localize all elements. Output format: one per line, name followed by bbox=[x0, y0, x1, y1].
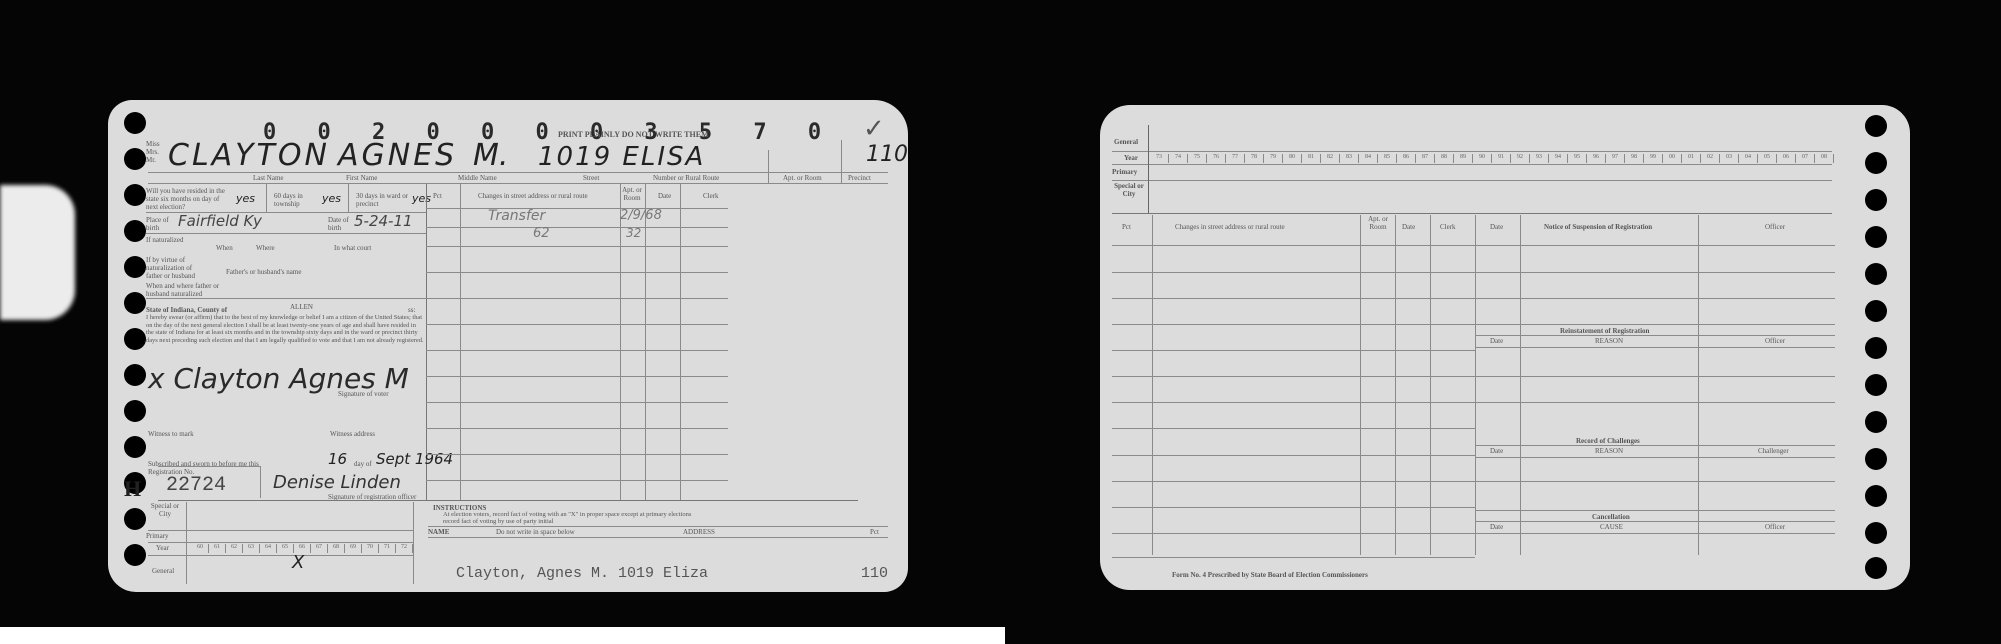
table-rule bbox=[1112, 455, 1475, 456]
year-cell: 99 bbox=[1644, 154, 1663, 163]
signature-label: Signature of voter bbox=[338, 390, 389, 398]
punch-hole bbox=[1865, 226, 1887, 248]
divider bbox=[158, 466, 260, 467]
oath-text: I hereby swear (or affirm) that to the b… bbox=[146, 314, 424, 344]
registration-letter: H bbox=[124, 476, 141, 502]
oath-ss: ss: bbox=[408, 306, 415, 314]
table-rule bbox=[1475, 402, 1835, 403]
precinct-label: Precinct bbox=[848, 174, 871, 182]
year-cell: 92 bbox=[1511, 154, 1530, 163]
divider bbox=[148, 555, 413, 556]
rural-route-label: Number or Rural Route bbox=[653, 174, 719, 182]
challenges-reason-label: REASON bbox=[1595, 447, 1623, 455]
table-rule bbox=[1475, 335, 1835, 336]
year-cell: 83 bbox=[1340, 154, 1359, 163]
year-cell: 95 bbox=[1568, 154, 1587, 163]
back-vote-row-year: Year bbox=[1124, 154, 1138, 162]
first-name-value: AGNES bbox=[338, 138, 457, 173]
table-rule bbox=[426, 454, 728, 455]
table-rule bbox=[426, 376, 728, 377]
punch-hole bbox=[124, 508, 146, 530]
instructions-address-label: ADDRESS bbox=[683, 528, 715, 536]
reinstatement-officer-label: Officer bbox=[1765, 337, 1785, 345]
year-cell: 03 bbox=[1720, 154, 1739, 163]
punch-hole bbox=[124, 436, 146, 458]
divider bbox=[1360, 215, 1361, 555]
changes-header-date: Date bbox=[658, 192, 671, 200]
year-cell: 68 bbox=[328, 544, 345, 553]
salutation-miss: Miss bbox=[146, 140, 160, 148]
year-cell: 78 bbox=[1245, 154, 1264, 163]
divider bbox=[1395, 215, 1396, 555]
table-rule bbox=[426, 208, 728, 209]
table-rule bbox=[1112, 376, 1475, 377]
year-cell: 85 bbox=[1378, 154, 1397, 163]
punch-hole bbox=[1865, 337, 1887, 359]
vote-row-special: Special or City bbox=[148, 502, 182, 518]
vote-row-primary: Primary bbox=[146, 532, 169, 540]
divider bbox=[1112, 213, 1832, 214]
street-address-value: 1019 ELISA bbox=[538, 142, 705, 172]
middle-name-label: Middle Name bbox=[458, 174, 497, 182]
punch-hole bbox=[124, 292, 146, 314]
changes-header-clerk: Clerk bbox=[703, 192, 719, 200]
subscribed-day: 16 bbox=[328, 450, 347, 468]
table-rule bbox=[158, 500, 858, 501]
divider bbox=[148, 542, 413, 543]
last-name-label: Last Name bbox=[253, 174, 284, 182]
table-rule bbox=[426, 272, 728, 273]
typed-precinct: 110 bbox=[861, 565, 888, 582]
year-cell: 61 bbox=[209, 544, 226, 553]
year-cell: 67 bbox=[311, 544, 328, 553]
table-rule bbox=[426, 298, 728, 299]
registration-number: 22724 bbox=[166, 474, 226, 497]
divider bbox=[1430, 215, 1431, 555]
table-rule bbox=[1475, 510, 1835, 511]
place-of-birth-value: Fairfield Ky bbox=[178, 212, 262, 230]
residency-q1-answer: yes bbox=[236, 192, 255, 205]
year-cell: 90 bbox=[1473, 154, 1492, 163]
fathers-name-label: Father's or husband's name bbox=[226, 268, 301, 276]
table-rule bbox=[426, 246, 728, 247]
reinstatement-reason-label: REASON bbox=[1595, 337, 1623, 345]
divider bbox=[768, 150, 769, 184]
table-rule bbox=[1475, 324, 1835, 325]
last-name-value: CLAYTON bbox=[168, 138, 330, 173]
when-where-father-label: When and where father or husband natural… bbox=[146, 282, 226, 298]
year-cell: 02 bbox=[1701, 154, 1720, 163]
punch-hole bbox=[124, 112, 146, 134]
table-rule bbox=[426, 402, 728, 403]
instructions-pct-label: Pct bbox=[870, 528, 879, 536]
year-cell: 97 bbox=[1606, 154, 1625, 163]
year-cell: 81 bbox=[1302, 154, 1321, 163]
year-cell: 01 bbox=[1682, 154, 1701, 163]
back-vote-year-cells: 73 74 75 76 77 78 79 80 81 82 83 84 85 8… bbox=[1150, 154, 1834, 163]
checkmark: ✓ bbox=[863, 114, 885, 144]
general-vote-mark: X bbox=[292, 552, 304, 573]
table-rule bbox=[1112, 507, 1475, 508]
vote-row-general: General bbox=[152, 567, 174, 575]
form-footer: Form No. 4 Prescribed by State Board of … bbox=[1172, 571, 1368, 579]
residency-q1-label: Will you have resided in the state six m… bbox=[146, 187, 226, 211]
middle-name-value: M. bbox=[473, 138, 508, 173]
back-vote-row-primary: Primary bbox=[1112, 168, 1137, 176]
in-what-court-label: In what court bbox=[334, 244, 371, 252]
year-cell: 82 bbox=[1321, 154, 1340, 163]
table-rule bbox=[1112, 324, 1475, 325]
year-cell: 84 bbox=[1359, 154, 1378, 163]
table-rule bbox=[1112, 402, 1475, 403]
changes-row2-apt: 32 bbox=[626, 226, 641, 240]
officer-signature: Denise Linden bbox=[273, 472, 401, 493]
table-rule bbox=[1475, 445, 1835, 446]
suspension-officer-label: Officer bbox=[1765, 223, 1785, 231]
divider bbox=[1112, 164, 1832, 165]
apt-room-label: Apt. or Room bbox=[783, 174, 822, 182]
where-label: Where bbox=[256, 244, 275, 252]
punch-hole bbox=[1865, 152, 1887, 174]
back-changes-header-pct: Pct bbox=[1122, 223, 1131, 231]
changes-row1-address: Transfer bbox=[488, 208, 545, 224]
year-cell: 72 bbox=[396, 544, 413, 553]
table-rule bbox=[1112, 557, 1475, 558]
back-vote-row-special: Special or City bbox=[1112, 182, 1146, 198]
divider bbox=[841, 140, 842, 184]
punch-hole bbox=[1865, 300, 1887, 322]
year-cell: 77 bbox=[1226, 154, 1245, 163]
year-cell: 96 bbox=[1587, 154, 1606, 163]
divider bbox=[680, 184, 681, 500]
divider bbox=[645, 184, 646, 500]
changes-row1-apt: 2/9/68 bbox=[620, 208, 662, 223]
table-rule bbox=[1475, 272, 1835, 273]
year-cell: 88 bbox=[1435, 154, 1454, 163]
suspension-title: Notice of Suspension of Registration bbox=[1544, 223, 1652, 231]
divider bbox=[1112, 151, 1832, 152]
oath-state-county: State of Indiana, County of bbox=[146, 306, 227, 314]
back-changes-header-date: Date bbox=[1402, 223, 1415, 231]
when-label: When bbox=[216, 244, 233, 252]
changes-header-apt: Apt. or Room bbox=[620, 186, 644, 202]
salutation-mrs: Mrs. bbox=[146, 148, 159, 156]
table-rule bbox=[1475, 245, 1835, 246]
year-cell: 60 bbox=[192, 544, 209, 553]
place-of-birth-label: Place of birth bbox=[146, 216, 176, 232]
precinct-value: 110 bbox=[866, 142, 908, 167]
table-rule bbox=[1475, 347, 1835, 348]
divider bbox=[428, 537, 888, 538]
challenges-challenger-label: Challenger bbox=[1758, 447, 1789, 455]
year-cell: 70 bbox=[362, 544, 379, 553]
table-rule bbox=[426, 350, 728, 351]
reinstatement-title: Reinstatement of Registration bbox=[1560, 327, 1649, 335]
year-cell: 73 bbox=[1150, 154, 1169, 163]
year-cell: 04 bbox=[1739, 154, 1758, 163]
punch-hole bbox=[1865, 448, 1887, 470]
table-rule bbox=[1475, 481, 1835, 482]
cancellation-title: Cancellation bbox=[1592, 513, 1630, 521]
punch-hole bbox=[1865, 263, 1887, 285]
date-of-birth-value: 5-24-11 bbox=[354, 212, 413, 230]
do-not-write-label: Do not write in space below bbox=[496, 528, 575, 536]
year-cell: 75 bbox=[1188, 154, 1207, 163]
punch-hole bbox=[1865, 522, 1887, 544]
divider bbox=[1148, 125, 1149, 213]
table-rule bbox=[1112, 481, 1475, 482]
table-rule bbox=[426, 227, 728, 228]
divider bbox=[428, 526, 888, 527]
reinstatement-date-label: Date bbox=[1490, 337, 1503, 345]
year-cell: 06 bbox=[1777, 154, 1796, 163]
name-underline bbox=[148, 172, 888, 173]
naturalized-label: If naturalized bbox=[146, 236, 196, 244]
table-rule bbox=[1475, 533, 1835, 534]
year-cell: 05 bbox=[1758, 154, 1777, 163]
challenges-title: Record of Challenges bbox=[1576, 437, 1640, 445]
back-changes-header-apt: Apt. or Room bbox=[1362, 215, 1394, 231]
cancellation-officer-label: Officer bbox=[1765, 523, 1785, 531]
residency-q3-answer: yes bbox=[412, 192, 431, 205]
year-cell: 62 bbox=[226, 544, 243, 553]
year-cell: 07 bbox=[1796, 154, 1815, 163]
subscribed-month-year: Sept 1964 bbox=[376, 450, 453, 468]
year-cell: 79 bbox=[1264, 154, 1283, 163]
year-cell: 63 bbox=[243, 544, 260, 553]
year-cell: 71 bbox=[379, 544, 396, 553]
divider bbox=[1112, 180, 1832, 181]
table-rule bbox=[426, 428, 728, 429]
changes-row2-address: 62 bbox=[533, 226, 550, 241]
table-rule bbox=[1475, 457, 1835, 458]
divider bbox=[1152, 215, 1153, 555]
table-rule bbox=[1112, 245, 1475, 246]
divider bbox=[1698, 215, 1699, 555]
top-notice: PRINT PLAINLY DO NOT WRITE THEM bbox=[558, 131, 709, 139]
table-rule bbox=[1112, 350, 1475, 351]
table-rule bbox=[1475, 521, 1835, 522]
table-rule bbox=[1112, 298, 1475, 299]
punch-hole bbox=[124, 148, 146, 170]
divider bbox=[148, 530, 413, 531]
punch-hole bbox=[124, 544, 146, 566]
back-changes-header-clerk: Clerk bbox=[1440, 223, 1456, 231]
year-cell: 93 bbox=[1530, 154, 1549, 163]
divider bbox=[148, 183, 888, 184]
table-rule bbox=[426, 480, 728, 481]
voter-registration-card-back: General Year 73 74 75 76 77 78 79 80 81 … bbox=[1100, 105, 1910, 590]
table-rule bbox=[426, 324, 728, 325]
year-cell: 86 bbox=[1397, 154, 1416, 163]
punch-hole bbox=[124, 184, 146, 206]
punch-hole bbox=[1865, 374, 1887, 396]
year-cell: 98 bbox=[1625, 154, 1644, 163]
instructions-name-label: NAME bbox=[428, 528, 449, 536]
year-cell: 64 bbox=[260, 544, 277, 553]
punch-hole bbox=[124, 328, 146, 350]
witness-to-mark-label: Witness to mark bbox=[148, 430, 194, 438]
typed-name-address: Clayton, Agnes M. 1019 Eliza bbox=[456, 565, 708, 582]
year-cell: 80 bbox=[1283, 154, 1302, 163]
punch-hole bbox=[124, 364, 146, 386]
year-cell: 94 bbox=[1549, 154, 1568, 163]
instructions-line2: record fact of voting by use of party in… bbox=[443, 518, 553, 526]
residency-q2-answer: yes bbox=[322, 192, 341, 205]
residency-q2-label: 60 days in township bbox=[274, 192, 322, 208]
changes-header-pct: Pct bbox=[433, 192, 442, 200]
table-rule bbox=[1112, 272, 1475, 273]
divider bbox=[413, 502, 414, 584]
punch-hole bbox=[1865, 189, 1887, 211]
table-rule bbox=[1112, 428, 1475, 429]
punch-hole bbox=[124, 256, 146, 278]
oath-county-value: ALLEN bbox=[290, 303, 313, 311]
table-rule bbox=[1112, 533, 1475, 534]
divider bbox=[460, 184, 461, 500]
residency-q3-label: 30 days in ward or precinct bbox=[356, 192, 416, 208]
divider bbox=[348, 184, 349, 212]
divider bbox=[1475, 215, 1476, 555]
changes-header-address: Changes in street address or rural route bbox=[478, 192, 588, 200]
back-changes-header-address: Changes in street address or rural route bbox=[1175, 223, 1285, 231]
cancellation-date-label: Date bbox=[1490, 523, 1503, 531]
divider bbox=[146, 298, 426, 299]
divider bbox=[620, 184, 621, 500]
divider bbox=[186, 502, 187, 584]
witness-address-label: Witness address bbox=[330, 430, 375, 438]
divider bbox=[260, 466, 261, 498]
punch-hole bbox=[1865, 115, 1887, 137]
punch-hole bbox=[124, 220, 146, 242]
table-rule bbox=[1475, 298, 1835, 299]
back-vote-row-general: General bbox=[1114, 138, 1138, 146]
light-glare bbox=[0, 185, 75, 320]
street-label: Street bbox=[583, 174, 599, 182]
divider bbox=[146, 233, 426, 234]
cancellation-cause-label: CAUSE bbox=[1600, 523, 1623, 531]
scan-edge-strip bbox=[0, 627, 1005, 644]
voter-registration-card-front: 0 0 2 0 0 0 0 3 5 7 0 PRINT PLAINLY DO N… bbox=[108, 100, 908, 592]
punch-hole bbox=[124, 400, 146, 422]
year-cell: 74 bbox=[1169, 154, 1188, 163]
punch-hole bbox=[1865, 411, 1887, 433]
punch-hole bbox=[1865, 485, 1887, 507]
year-cell: 89 bbox=[1454, 154, 1473, 163]
first-name-label: First Name bbox=[346, 174, 377, 182]
year-cell: 87 bbox=[1416, 154, 1435, 163]
table-rule bbox=[1475, 376, 1835, 377]
punch-hole bbox=[1865, 557, 1887, 579]
year-cell: 76 bbox=[1207, 154, 1226, 163]
day-of-label: day of bbox=[354, 460, 372, 468]
year-cell: 00 bbox=[1663, 154, 1682, 163]
divider bbox=[1520, 215, 1521, 555]
suspension-date-label: Date bbox=[1490, 223, 1503, 231]
vote-row-year: Year bbox=[156, 544, 169, 552]
by-virtue-label: If by virtue of naturalization of father… bbox=[146, 256, 208, 280]
year-cell: 91 bbox=[1492, 154, 1511, 163]
challenges-date-label: Date bbox=[1490, 447, 1503, 455]
year-cell: 08 bbox=[1815, 154, 1834, 163]
divider bbox=[266, 184, 267, 212]
year-cell: 69 bbox=[345, 544, 362, 553]
salutation-mr: Mr. bbox=[146, 156, 156, 164]
